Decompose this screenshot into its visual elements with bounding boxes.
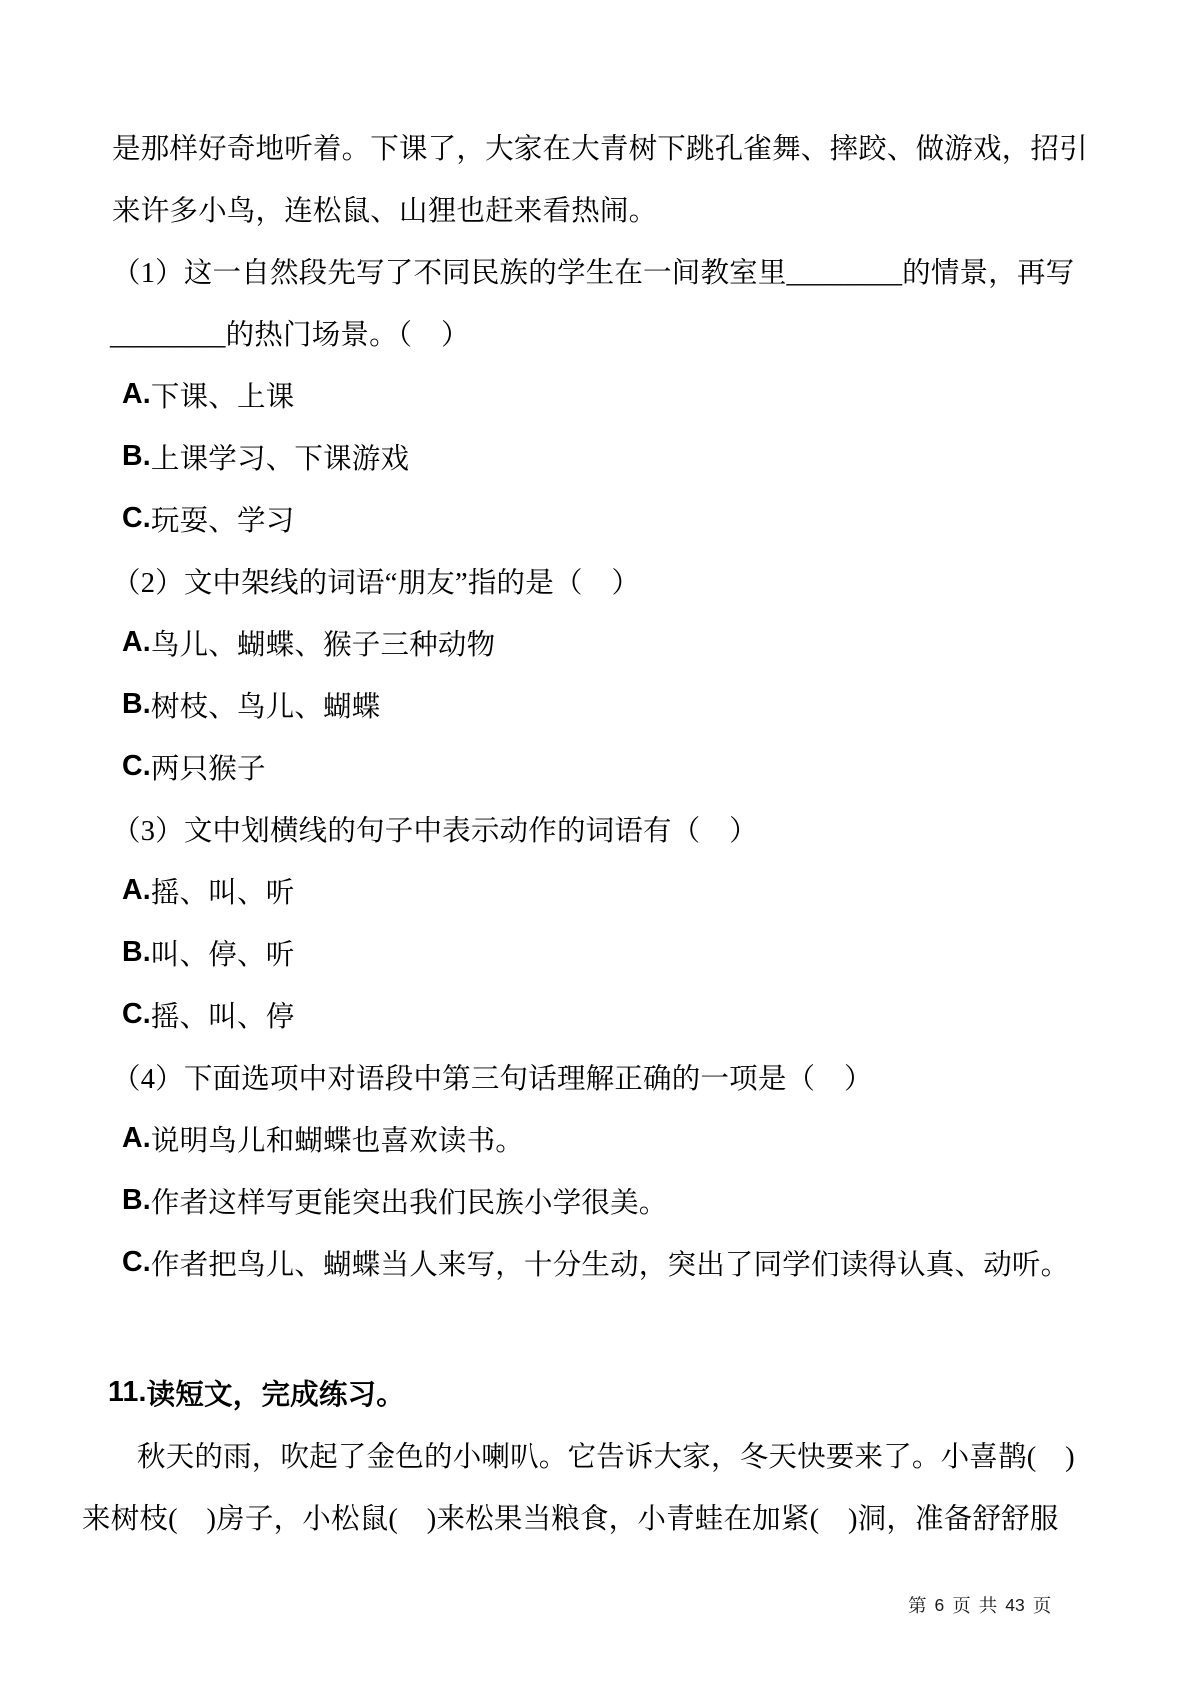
question-3-option-c-letter: C. xyxy=(122,998,151,1031)
question-2-option-b-letter: B. xyxy=(122,688,151,721)
exercise-11-passage-line-1: 秋天的雨，吹起了金色的小喇叭。它告诉大家，冬天快要来了。小喜鹊( ) xyxy=(82,1423,1130,1485)
question-4-line: （4）下面选项中对语段中第三句话理解正确的一项是（ ） xyxy=(112,1045,1130,1107)
footer-total-pages: 43 xyxy=(1005,1595,1024,1616)
passage-tail-line-2: 来许多小鸟，连松鼠、山狸也赶来看热闹。 xyxy=(112,177,1130,239)
question-3-option-a: A.摇、叫、听 xyxy=(122,859,1130,921)
page-footer: 第6页共43页 xyxy=(908,1591,1051,1619)
section-gap xyxy=(82,1293,1130,1361)
question-3-line: （3）文中划横线的句子中表示动作的词语有（ ） xyxy=(112,797,1130,859)
exam-content: 是那样好奇地听着。下课了，大家在大青树下跳孔雀舞、摔跤、做游戏，招引 来许多小鸟… xyxy=(0,0,1190,1547)
footer-page-unit: 页 xyxy=(952,1592,971,1618)
question-3-option-c-text: 摇、叫、停 xyxy=(151,994,295,1035)
footer-page-number: 6 xyxy=(935,1595,945,1616)
question-1-blank-text: ________的热门场景。（ ） xyxy=(110,312,470,353)
question-1-option-c-text: 玩耍、学习 xyxy=(151,498,295,539)
question-3-option-c: C.摇、叫、停 xyxy=(122,983,1130,1045)
question-2-option-c-letter: C. xyxy=(122,750,151,783)
question-2-option-c-text: 两只猴子 xyxy=(151,746,266,787)
question-2-option-b: B.树枝、鸟儿、蝴蝶 xyxy=(122,673,1130,735)
question-4-option-b: B.作者这样写更能突出我们民族小学很美。 xyxy=(122,1169,1130,1231)
question-4-option-a: A.说明鸟儿和蝴蝶也喜欢读书。 xyxy=(122,1107,1130,1169)
exercise-11-passage-line-1-text: 秋天的雨，吹起了金色的小喇叭。它告诉大家，冬天快要来了。小喜鹊( ) xyxy=(82,1434,1075,1475)
question-3-number: （3） xyxy=(112,808,184,849)
question-1-option-a-text: 下课、上课 xyxy=(151,374,295,415)
exercise-11-passage-line-2-text: 来树枝( )房子，小松鼠( )来松果当粮食，小青蛙在加紧( )洞，准备舒舒服 xyxy=(82,1496,1059,1537)
footer-total-label: 共 xyxy=(979,1592,998,1618)
question-4-option-c-text: 作者把鸟儿、蝴蝶当人来写，十分生动，突出了同学们读得认真、动听。 xyxy=(151,1242,1069,1283)
passage-tail-line-1-text: 是那样好奇地听着。下课了，大家在大青树下跳孔雀舞、摔跤、做游戏，招引 xyxy=(112,126,1088,167)
question-1-option-c-letter: C. xyxy=(122,502,151,535)
question-2-option-c: C.两只猴子 xyxy=(122,735,1130,797)
question-4-option-c: C.作者把鸟儿、蝴蝶当人来写，十分生动，突出了同学们读得认真、动听。 xyxy=(122,1231,1130,1293)
question-4-option-b-text: 作者这样写更能突出我们民族小学很美。 xyxy=(151,1180,668,1221)
question-3-option-a-letter: A. xyxy=(122,874,151,907)
passage-tail-line-2-text: 来许多小鸟，连松鼠、山狸也赶来看热闹。 xyxy=(112,188,657,229)
document-page: 是那样好奇地听着。下课了，大家在大青树下跳孔雀舞、摔跤、做游戏，招引 来许多小鸟… xyxy=(0,0,1190,1683)
question-1-number: （1） xyxy=(112,250,184,291)
question-2-option-b-text: 树枝、鸟儿、蝴蝶 xyxy=(151,684,381,725)
question-3-option-a-text: 摇、叫、听 xyxy=(151,870,295,911)
question-2-number: （2） xyxy=(112,560,184,601)
question-1-blank-line: ________的热门场景。（ ） xyxy=(110,301,1130,363)
question-4-text: 下面选项中对语段中第三句话理解正确的一项是（ ） xyxy=(184,1056,873,1097)
footer-total-unit: 页 xyxy=(1033,1592,1052,1618)
question-2-option-a: A.鸟儿、蝴蝶、猴子三种动物 xyxy=(122,611,1130,673)
question-3-option-b-text: 叫、停、听 xyxy=(151,932,295,973)
question-2-line: （2）文中架线的词语“朋友”指的是（ ） xyxy=(112,549,1130,611)
exercise-11-passage-line-2: 来树枝( )房子，小松鼠( )来松果当粮食，小青蛙在加紧( )洞，准备舒舒服 xyxy=(82,1485,1130,1547)
question-2-option-a-text: 鸟儿、蝴蝶、猴子三种动物 xyxy=(151,622,495,663)
exercise-11-title: 读短文，完成练习。 xyxy=(147,1372,405,1413)
question-1-option-c: C.玩耍、学习 xyxy=(122,487,1130,549)
question-1-option-b-text: 上课学习、下课游戏 xyxy=(151,436,409,477)
question-1-option-b: B.上课学习、下课游戏 xyxy=(122,425,1130,487)
question-3-option-b-letter: B. xyxy=(122,936,151,969)
question-4-number: （4） xyxy=(112,1056,184,1097)
question-3-text: 文中划横线的句子中表示动作的词语有（ ） xyxy=(184,808,758,849)
exercise-11-number: 11. xyxy=(108,1376,147,1409)
question-1-text: 这一自然段先写了不同民族的学生在一间教室里________的情景，再写 xyxy=(184,250,1075,291)
footer-page-label: 第 xyxy=(908,1592,927,1618)
passage-tail-line-1: 是那样好奇地听着。下课了，大家在大青树下跳孔雀舞、摔跤、做游戏，招引 xyxy=(112,115,1130,177)
exercise-11-heading: 11.读短文，完成练习。 xyxy=(108,1361,1130,1423)
question-1-option-a: A.下课、上课 xyxy=(122,363,1130,425)
question-2-text: 文中架线的词语“朋友”指的是（ ） xyxy=(184,560,640,601)
question-4-option-b-letter: B. xyxy=(122,1184,151,1217)
question-4-option-c-letter: C. xyxy=(122,1246,151,1279)
question-2-option-a-letter: A. xyxy=(122,626,151,659)
question-4-option-a-letter: A. xyxy=(122,1122,151,1155)
question-4-option-a-text: 说明鸟儿和蝴蝶也喜欢读书。 xyxy=(151,1118,524,1159)
question-1-option-a-letter: A. xyxy=(122,378,151,411)
question-1-line: （1）这一自然段先写了不同民族的学生在一间教室里________的情景，再写 xyxy=(112,239,1130,301)
question-3-option-b: B.叫、停、听 xyxy=(122,921,1130,983)
question-1-option-b-letter: B. xyxy=(122,440,151,473)
